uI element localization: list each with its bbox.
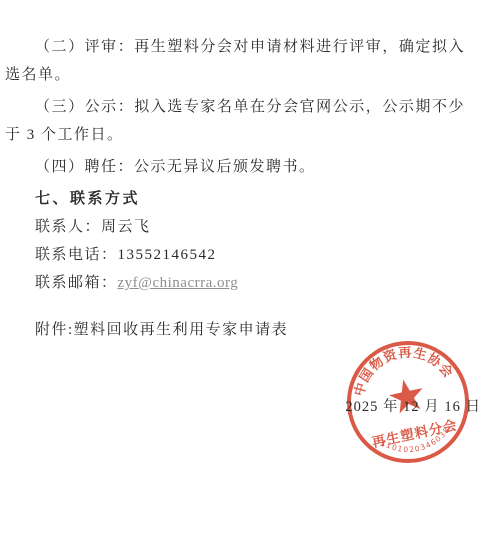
contact-email-label: 联系邮箱：: [35, 275, 118, 291]
contact-phone-line: 联系电话：13552146542: [5, 241, 465, 269]
paragraph-publicity: （三）公示：拟入选专家名单在分会官网公示，公示期不少于 3 个工作日。: [5, 93, 465, 149]
document-page: （二）评审：再生塑料分会对申请材料进行评审，确定拟入选名单。 （三）公示：拟入选…: [0, 0, 485, 533]
document-date: 2025 年 12 月 16 日: [345, 393, 481, 421]
contact-section-heading: 七、联系方式: [5, 185, 465, 213]
paragraph-appointment: （四）聘任：公示无异议后颁发聘书。: [5, 153, 465, 181]
attachment-line: 附件:塑料回收再生利用专家申请表: [5, 316, 465, 344]
contact-email-link[interactable]: zyf@chinacrra.org: [118, 275, 239, 291]
contact-person-line: 联系人：周云飞: [5, 213, 465, 241]
paragraph-review: （二）评审：再生塑料分会对申请材料进行评审，确定拟入选名单。: [5, 33, 465, 89]
contact-email-line: 联系邮箱：zyf@chinacrra.org: [5, 269, 465, 297]
